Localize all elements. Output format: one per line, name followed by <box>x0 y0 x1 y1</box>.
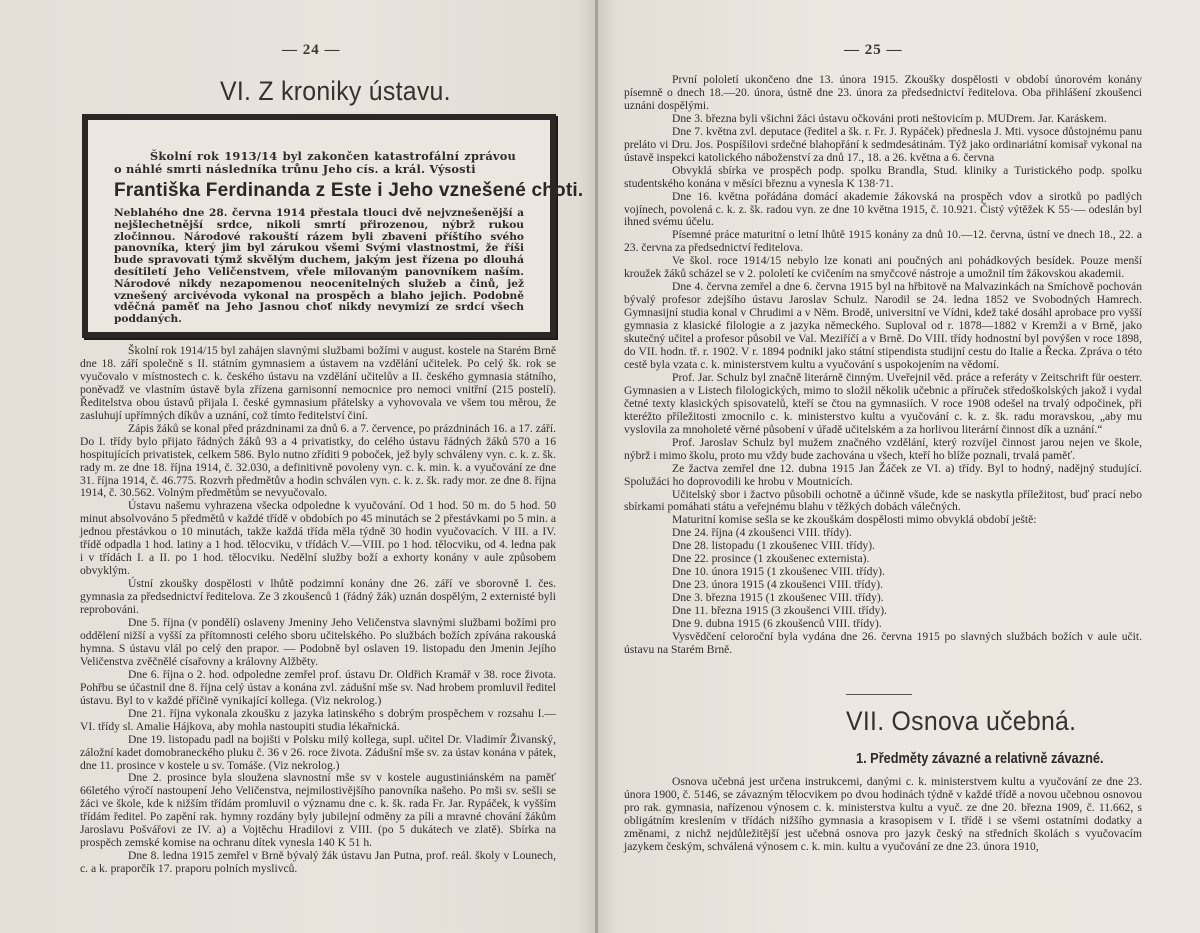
paragraph: Dne 21. října vykonala zkoušku z jazyka … <box>80 708 556 734</box>
paragraph: První pololetí ukončeno dne 13. února 19… <box>624 74 1142 113</box>
paragraph: Zápis žáků se konal před prázdninami za … <box>80 423 556 501</box>
mourning-name-heading: Františka Ferdinanda z Este i Jeho vzneš… <box>114 180 524 202</box>
page-number: — 24 — <box>282 42 341 59</box>
paragraph: Dne 6. října o 2. hod. odpoledne zemřel … <box>80 669 556 708</box>
paragraph: Písemné práce maturitní o letní lhůtě 19… <box>624 229 1142 255</box>
paragraph: Dne 3. března byli všichni žáci ústavu o… <box>624 113 1142 126</box>
chronicle-text: Školní rok 1914/15 byl zahájen slavnými … <box>80 345 556 876</box>
paragraph: Ve škol. roce 1914/15 nebylo lze konati … <box>624 255 1142 281</box>
paragraph: Dne 4. června zemřel a dne 6. června 191… <box>624 281 1142 372</box>
chapter-title: VI. Z kroniky ústavu. <box>220 76 451 107</box>
paragraph: Dne 5. října (v pondělí) oslaveny Jmenin… <box>80 617 556 669</box>
paragraph: Osnova učebná jest určena instrukcemi, d… <box>624 776 1142 854</box>
mourning-notice-box: Školní rok 1913/14 byl zakončen katastro… <box>82 114 556 338</box>
paragraph: Ze žactva zemřel dne 12. dubna 1915 Jan … <box>624 463 1142 489</box>
paragraph: Ústavu našemu vyhrazena všecka odpoledne… <box>80 500 556 578</box>
chronicle-text-continued: První pololetí ukončeno dne 13. února 19… <box>624 74 1142 657</box>
paragraph: Dne 16. května pořádána domácí akademie … <box>624 191 1142 230</box>
paragraph: Učitelský sbor i žactvo působili ochotně… <box>624 489 1142 515</box>
paragraph: Dne 8. ledna 1915 zemřel v Brně bývalý ž… <box>80 850 556 876</box>
book-spread: — 24 — VI. Z kroniky ústavu. Školní rok … <box>0 0 1200 933</box>
section-heading: 1. Předměty závazné a relativně závazné. <box>856 751 1104 767</box>
right-page: — 25 — První pololetí ukončeno dne 13. ú… <box>598 0 1200 933</box>
paragraph: Obvyklá sbírka ve prospěch podp. spolku … <box>624 165 1142 191</box>
chapter-title: VII. Osnova učebná. <box>846 706 1076 737</box>
paragraph: Prof. Jar. Schulz byl značně literárně č… <box>624 372 1142 437</box>
paragraph: Ústní zkoušky dospělosti v lhůtě podzimn… <box>80 578 556 617</box>
paragraph: Dne 2. prosince byla sloužena slavnostní… <box>80 772 556 850</box>
mourning-intro: Školní rok 1913/14 byl zakončen katastro… <box>114 150 516 176</box>
page-number: — 25 — <box>844 42 903 59</box>
mourning-body: Neblahého dne 28. června 1914 přestala t… <box>114 208 524 326</box>
section-divider <box>846 694 912 695</box>
paragraph: Vysvědčení celoroční byla vydána dne 26.… <box>624 631 1142 657</box>
curriculum-text: Osnova učebná jest určena instrukcemi, d… <box>624 776 1142 854</box>
left-page: — 24 — VI. Z kroniky ústavu. Školní rok … <box>0 0 596 933</box>
paragraph: Prof. Jaroslav Schulz byl mužem značného… <box>624 437 1142 463</box>
paragraph: Dne 19. listopadu padl na bojišti v Pols… <box>80 734 556 773</box>
exam-dates-list: Dne 24. října (4 zkoušenci VIII. třídy).… <box>624 527 1142 631</box>
paragraph: Školní rok 1914/15 byl zahájen slavnými … <box>80 345 556 423</box>
paragraph: Dne 7. května zvl. deputace (ředitel a š… <box>624 126 1142 165</box>
